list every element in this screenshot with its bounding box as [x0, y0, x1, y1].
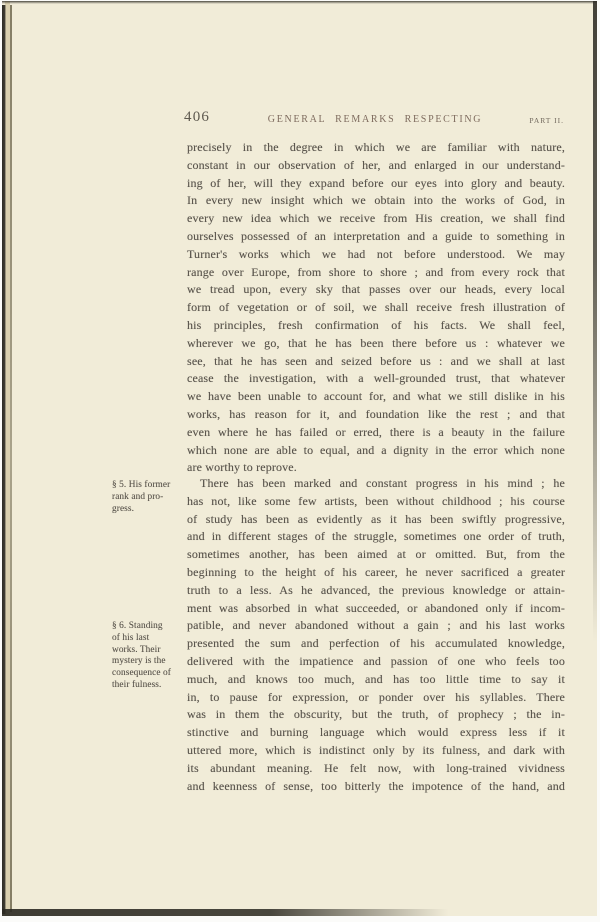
body-text-line: ing of her, will they expand before our … [187, 175, 565, 193]
margin-note-line: of his last [112, 633, 190, 645]
book-page-scan: 406 GENERAL REMARKS RESPECTING PART II. … [2, 1, 597, 916]
body-paragraph-1: precisely in the degree in which we are … [187, 139, 565, 477]
body-text-line: patible, and never abandoned without a g… [187, 617, 565, 635]
margin-note-line: § 6. Standing [112, 621, 190, 633]
body-text-line: stinctive and burning language which wou… [187, 724, 565, 742]
body-text-line: much, and knows too much, and has too li… [187, 671, 565, 689]
margin-note-line: their fulness. [112, 680, 190, 692]
body-text-line: cease the investigation, with a well-gro… [187, 370, 565, 388]
margin-note-section-5: § 5. His formerrank and pro-gress. [112, 480, 190, 515]
margin-note-line: rank and pro- [112, 492, 190, 504]
body-text-line: and keenness of sense, too bitterly the … [187, 778, 565, 796]
body-text-line: beginning to the height of his career, h… [187, 564, 565, 582]
book-binding-edge [10, 5, 12, 912]
body-text-line: Turner's works which we had not before u… [187, 246, 565, 264]
body-paragraph-2: There has been marked and constant progr… [187, 475, 565, 795]
page-edge-bottom [2, 909, 597, 916]
body-text-line: presented the sum and perfection of his … [187, 635, 565, 653]
scanned-page: 406 GENERAL REMARKS RESPECTING PART II. … [0, 0, 600, 922]
body-text-line: ment was absorbed in what succeeded, or … [187, 600, 565, 618]
body-text-line: range over Europe, from shore to shore ;… [187, 264, 565, 282]
body-text-line: In every new insight which we obtain int… [187, 192, 565, 210]
body-text-line: works, has reason for it, and foundation… [187, 406, 565, 424]
margin-note-line: mystery is the [112, 656, 190, 668]
page-edge-right [593, 1, 597, 642]
margin-note-line: § 5. His former [112, 480, 190, 492]
body-text-line: we tread upon, every sky that passes ove… [187, 281, 565, 299]
margin-note-section-6: § 6. Standingof his lastworks. Theirmyst… [112, 621, 190, 692]
page-edge-left [2, 5, 6, 914]
body-text-line: has not, like some few artists, been wit… [187, 493, 565, 511]
body-text-line: his principles, fresh confirmation of hi… [187, 317, 565, 335]
body-text-line: its abundant meaning. He felt now, with … [187, 760, 565, 778]
margin-note-line: gress. [112, 504, 190, 516]
body-text-line: precisely in the degree in which we are … [187, 139, 565, 157]
body-text-line: uttered more, which is indistinct only b… [187, 742, 565, 760]
body-text-line: and in different stages of the struggle,… [187, 528, 565, 546]
page-edge-top [2, 1, 597, 4]
part-label: PART II. [462, 116, 564, 125]
body-text-line: was in them the obscurity, but the truth… [187, 706, 565, 724]
body-text-line: sometimes another, has been aimed at or … [187, 546, 565, 564]
body-text-line: wherever we go, that he has been there b… [187, 335, 565, 353]
body-text-line: even where he has failed or erred, there… [187, 424, 565, 442]
margin-note-line: works. Their [112, 645, 190, 657]
body-text-line: every new idea which we receive from His… [187, 210, 565, 228]
body-text-line: in, to pause for expression, or ponder o… [187, 689, 565, 707]
body-text-line: which none are able to equal, and a dign… [187, 442, 565, 460]
body-text-line: ourselves possessed of an interpretation… [187, 228, 565, 246]
body-text-line: There has been marked and constant progr… [187, 475, 565, 493]
body-text-line: constant in our observation of her, and … [187, 157, 565, 175]
body-text-line: form of vegetation or of soil, we shall … [187, 299, 565, 317]
margin-note-line: consequence of [112, 668, 190, 680]
body-text-line: delivered with the impatience and passio… [187, 653, 565, 671]
body-text-line: we have been unable to account for, and … [187, 388, 565, 406]
body-text-line: see, that he has seen and seized before … [187, 353, 565, 371]
body-text-line: of study has been as evidently as it has… [187, 511, 565, 529]
body-text-line: truth to a less. As he advanced, the pre… [187, 582, 565, 600]
